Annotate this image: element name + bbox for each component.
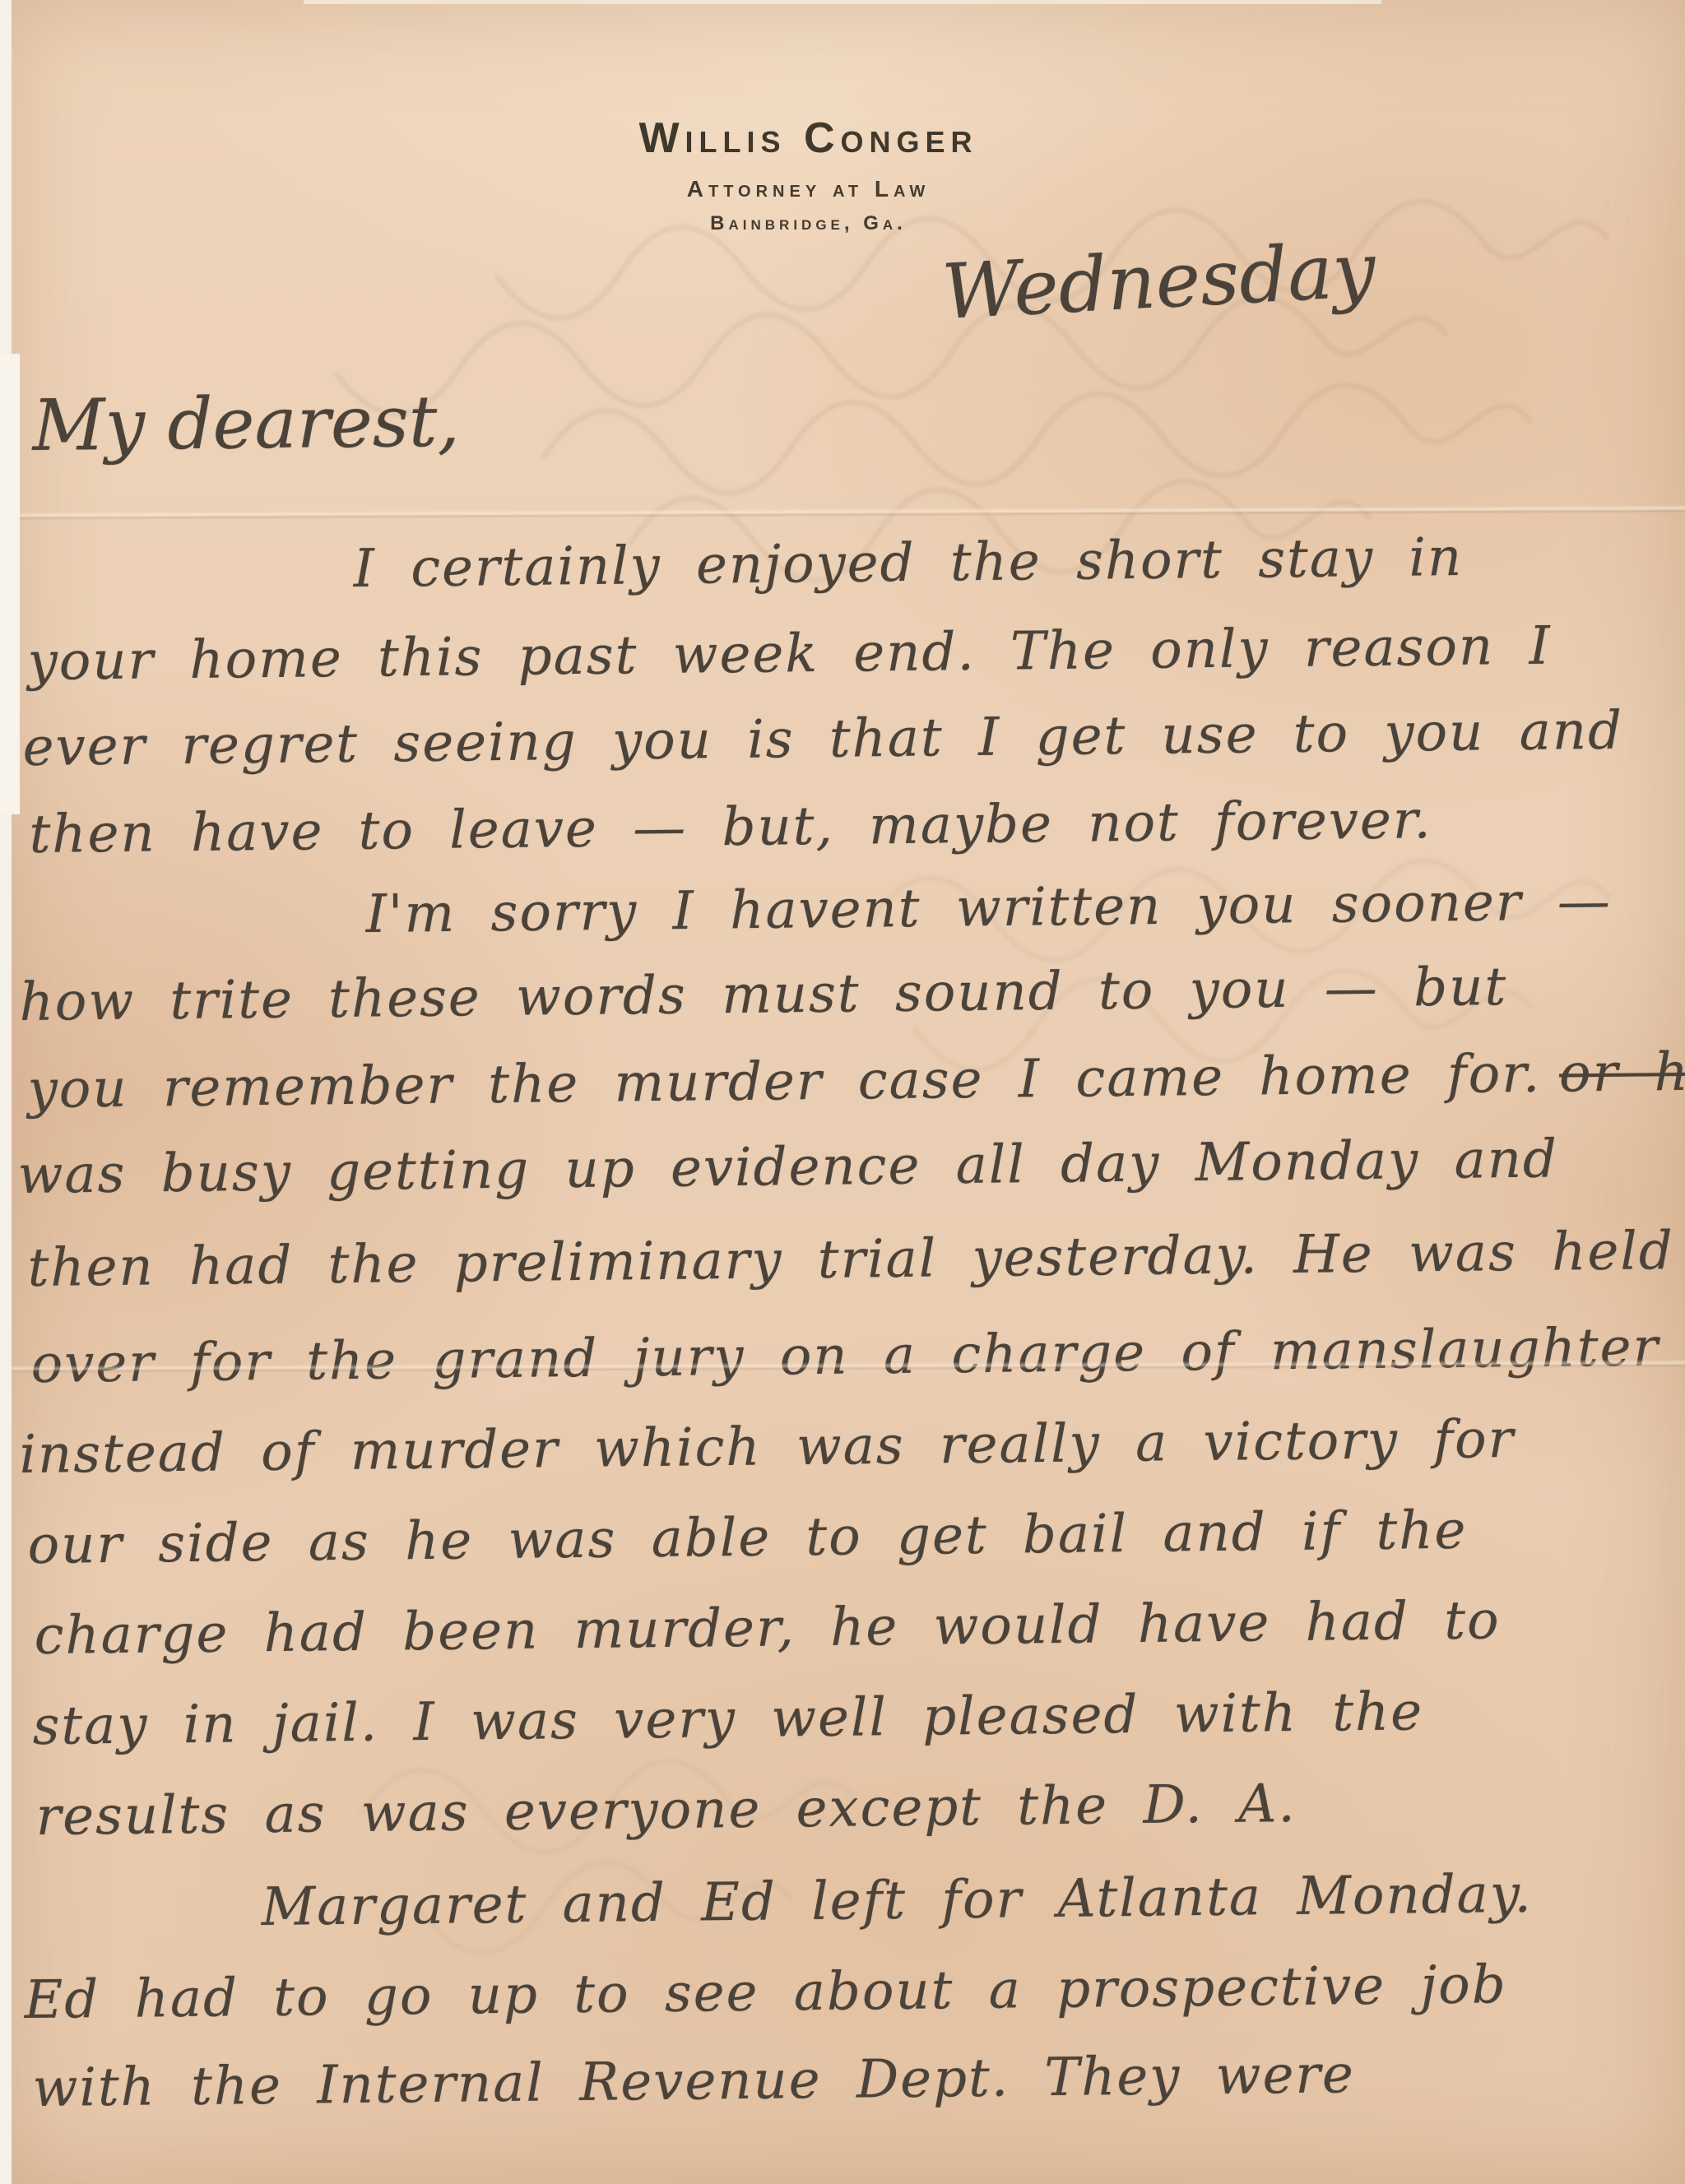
letter-line-7-crossed-out-words: or he bbox=[1559, 1041, 1685, 1104]
scan-edge-top bbox=[304, 0, 1382, 4]
letter-line-16: Margaret and Ed left for Atlanta Monday. bbox=[261, 1864, 1533, 1938]
letter-line-5: I'm sorry I havent written you sooner — bbox=[365, 871, 1612, 945]
scan-edge-left bbox=[0, 0, 12, 2184]
letter-salutation: My dearest, bbox=[32, 381, 460, 467]
scanned-letter-page: Willis Conger Attorney at Law Bainbridge… bbox=[0, 0, 1685, 2184]
letter-line-8: was busy getting up evidence all day Mon… bbox=[17, 1129, 1558, 1206]
letter-line-18: with the Internal Revenue Dept. They wer… bbox=[32, 2044, 1355, 2119]
letterhead-city: Bainbridge, Ga. bbox=[0, 212, 1617, 235]
letter-line-14: stay in jail. I was very well pleased wi… bbox=[32, 1681, 1423, 1757]
letter-line-15: results as was everyone except the D. A. bbox=[35, 1774, 1297, 1848]
letter-line-12: our side as he was able to get bail and … bbox=[27, 1500, 1467, 1576]
letter-line-13: charge had been murder, he would have ha… bbox=[34, 1590, 1501, 1667]
scan-edge-left-wide bbox=[0, 354, 20, 814]
letter-line-11: instead of murder which was really a vic… bbox=[19, 1409, 1515, 1486]
letter-line-9: then had the preliminary trial yesterday… bbox=[27, 1221, 1674, 1299]
letterhead: Willis Conger Attorney at Law Bainbridge… bbox=[0, 114, 1617, 235]
letter-line-1: I certainly enjoyed the short stay in bbox=[353, 527, 1463, 600]
letter-line-3: ever regret seeing you is that I get use… bbox=[22, 701, 1623, 778]
letterhead-title: Attorney at Law bbox=[0, 176, 1617, 202]
letterhead-name: Willis Conger bbox=[0, 114, 1617, 163]
letter-line-10: over for the grand jury on a charge of m… bbox=[30, 1317, 1659, 1395]
